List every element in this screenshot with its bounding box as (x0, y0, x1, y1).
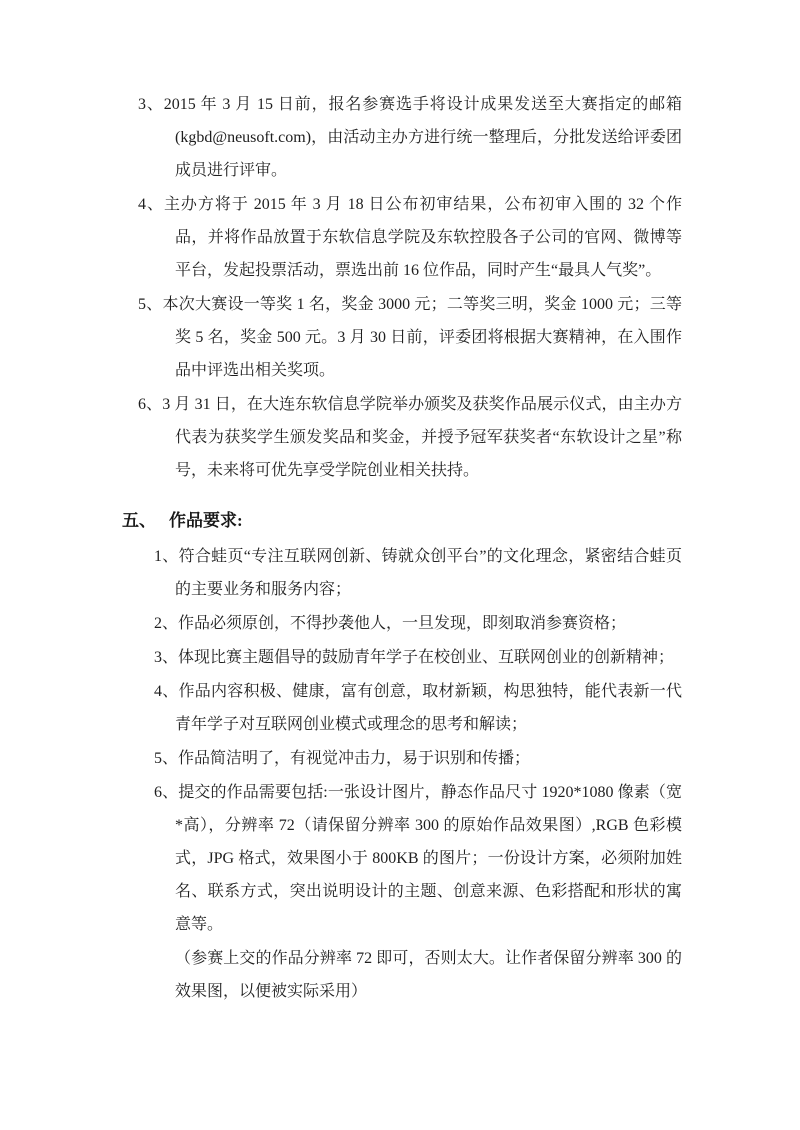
item-text: 3 月 31 日，在大连东软信息学院举办颁奖及获奖作品展示仪式，由主办方代表为获… (162, 396, 682, 479)
item-text: 作品必须原创，不得抄袭他人，一旦发现，即刻取消参赛资格； (178, 615, 626, 632)
list-item: 3、2015 年 3 月 15 日前，报名参赛选手将设计成果发送至大赛指定的邮箱… (138, 88, 682, 187)
item-number: 4、 (138, 196, 164, 213)
list-item: 5、本次大赛设一等奖 1 名，奖金 3000 元；二等奖三明，奖金 1000 元… (138, 288, 682, 387)
section-heading-number: 五、 (122, 511, 156, 530)
schedule-list: 3、2015 年 3 月 15 日前，报名参赛选手将设计成果发送至大赛指定的邮箱… (138, 88, 682, 487)
item-number: 6、 (138, 396, 162, 413)
item-text: 作品内容积极、健康，富有创意，取材新颖，构思独特，能代表新一代青年学子对互联网创… (175, 683, 682, 733)
item-number: 3、 (154, 649, 178, 666)
requirements-list: 1、符合蛙页“专注互联网创新、铸就众创平台”的文化理念，紧密结合蛙页的主要业务和… (154, 540, 682, 1008)
item-number: 5、 (154, 750, 178, 767)
item-text: 符合蛙页“专注互联网创新、铸就众创平台”的文化理念，紧密结合蛙页的主要业务和服务… (175, 548, 682, 598)
item-number: 4、 (154, 683, 179, 700)
document-content: 3、2015 年 3 月 15 日前，报名参赛选手将设计成果发送至大赛指定的邮箱… (0, 0, 800, 1008)
item-text: 体现比赛主题倡导的鼓励青年学子在校创业、互联网创业的创新精神； (178, 649, 674, 666)
list-item: 2、作品必须原创，不得抄袭他人，一旦发现，即刻取消参赛资格； (154, 607, 682, 640)
item-number: 2、 (154, 615, 178, 632)
document-page: 3、2015 年 3 月 15 日前，报名参赛选手将设计成果发送至大赛指定的邮箱… (0, 0, 800, 1130)
list-item: 5、作品简洁明了，有视觉冲击力，易于识别和传播； (154, 742, 682, 775)
item-number: 5、 (138, 296, 162, 313)
item-text: 提交的作品需要包括:一张设计图片，静态作品尺寸 1920*1080 像素（宽*高… (175, 784, 682, 933)
item-text: 作品简洁明了，有视觉冲击力，易于识别和传播； (178, 750, 530, 767)
item-number: 3、 (138, 96, 164, 113)
list-item: 4、主办方将于 2015 年 3 月 18 日公布初审结果，公布初审入围的 32… (138, 188, 682, 287)
item-number: 1、 (154, 548, 179, 565)
item-text: 本次大赛设一等奖 1 名，奖金 3000 元；二等奖三明，奖金 1000 元；三… (162, 296, 682, 379)
list-item: 6、3 月 31 日，在大连东软信息学院举办颁奖及获奖作品展示仪式，由主办方代表… (138, 388, 682, 487)
list-item: 1、符合蛙页“专注互联网创新、铸就众创平台”的文化理念，紧密结合蛙页的主要业务和… (154, 540, 682, 606)
list-item: 4、作品内容积极、健康，富有创意，取材新颖，构思独特，能代表新一代青年学子对互联… (154, 675, 682, 741)
item-number: 6、 (154, 784, 178, 801)
section-heading-title: 作品要求: (169, 511, 243, 530)
item-text: 主办方将于 2015 年 3 月 18 日公布初审结果，公布初审入围的 32 个… (164, 196, 682, 279)
note-paragraph: （参赛上交的作品分辨率 72 即可，否则太大。让作者保留分辨率 300 的效果图… (154, 942, 682, 1008)
list-item: 3、体现比赛主题倡导的鼓励青年学子在校创业、互联网创业的创新精神； (154, 641, 682, 674)
item-text: 2015 年 3 月 15 日前，报名参赛选手将设计成果发送至大赛指定的邮箱(k… (164, 96, 682, 179)
section-heading: 五、作品要求: (122, 504, 682, 537)
list-item: 6、提交的作品需要包括:一张设计图片，静态作品尺寸 1920*1080 像素（宽… (154, 776, 682, 941)
